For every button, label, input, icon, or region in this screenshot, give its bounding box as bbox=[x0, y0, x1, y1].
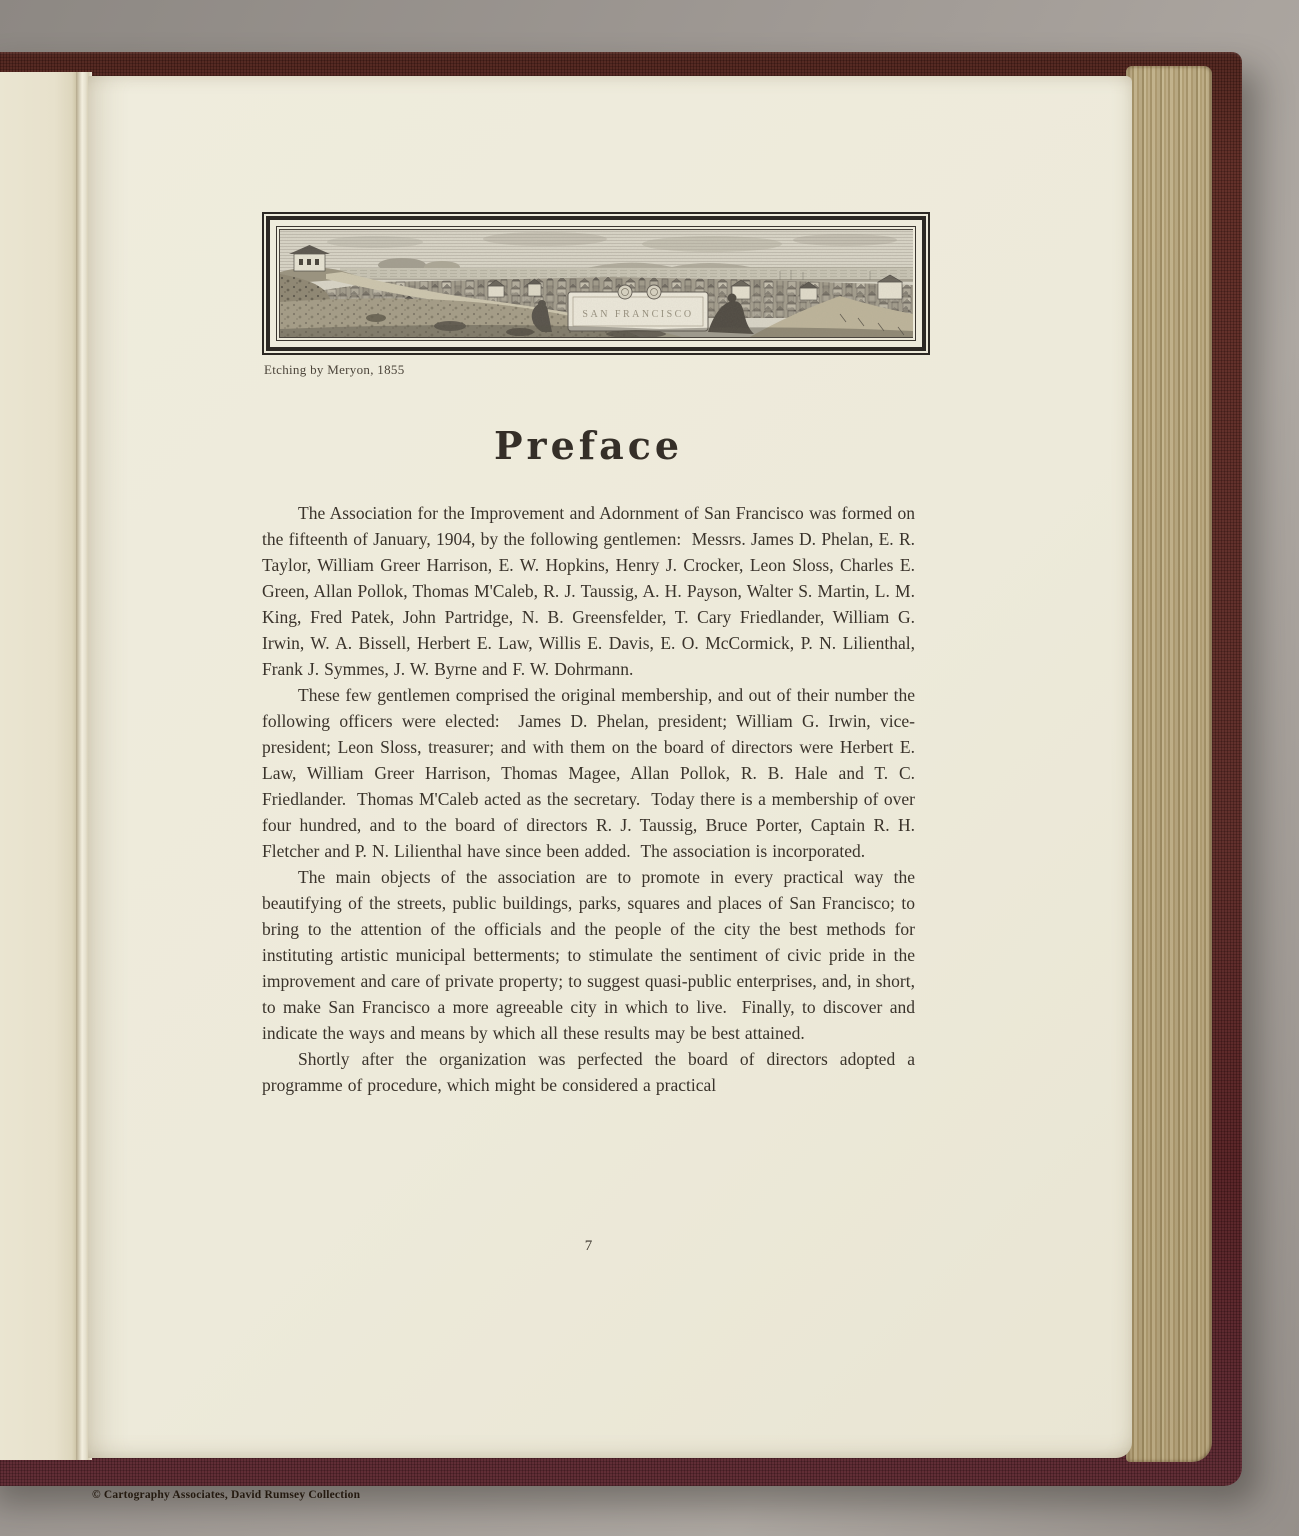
page-title: Preface bbox=[262, 425, 915, 467]
body-paragraph-2: These few gentlemen comprised the origin… bbox=[262, 682, 915, 864]
san-francisco-panorama-etching: SAN FRANCISCO bbox=[280, 230, 913, 337]
etching-caption: Etching by Meryon, 1855 bbox=[264, 362, 930, 378]
fore-edge-page-stack bbox=[1126, 66, 1212, 1462]
preface-body: The Association for the Improvement and … bbox=[262, 500, 915, 1098]
page-number: 7 bbox=[262, 1238, 915, 1255]
etching-figure: SAN FRANCISCO Etching by Meryon, 1855 bbox=[262, 212, 930, 378]
facing-page-edge bbox=[0, 72, 78, 1460]
etching-frame-outer: SAN FRANCISCO bbox=[262, 212, 930, 355]
etching-frame-inner: SAN FRANCISCO bbox=[276, 226, 916, 341]
collection-credit: © Cartography Associates, David Rumsey C… bbox=[92, 1489, 360, 1501]
book-page: SAN FRANCISCO Etching by Meryon, 1855 Pr… bbox=[88, 76, 1132, 1458]
etching-frame-band: SAN FRANCISCO bbox=[266, 216, 926, 351]
body-paragraph-3: The main objects of the association are … bbox=[262, 864, 915, 1046]
etching-image: SAN FRANCISCO bbox=[279, 229, 913, 338]
body-paragraph-1: The Association for the Improvement and … bbox=[262, 500, 915, 682]
body-paragraph-4: Shortly after the organization was perfe… bbox=[262, 1046, 915, 1098]
